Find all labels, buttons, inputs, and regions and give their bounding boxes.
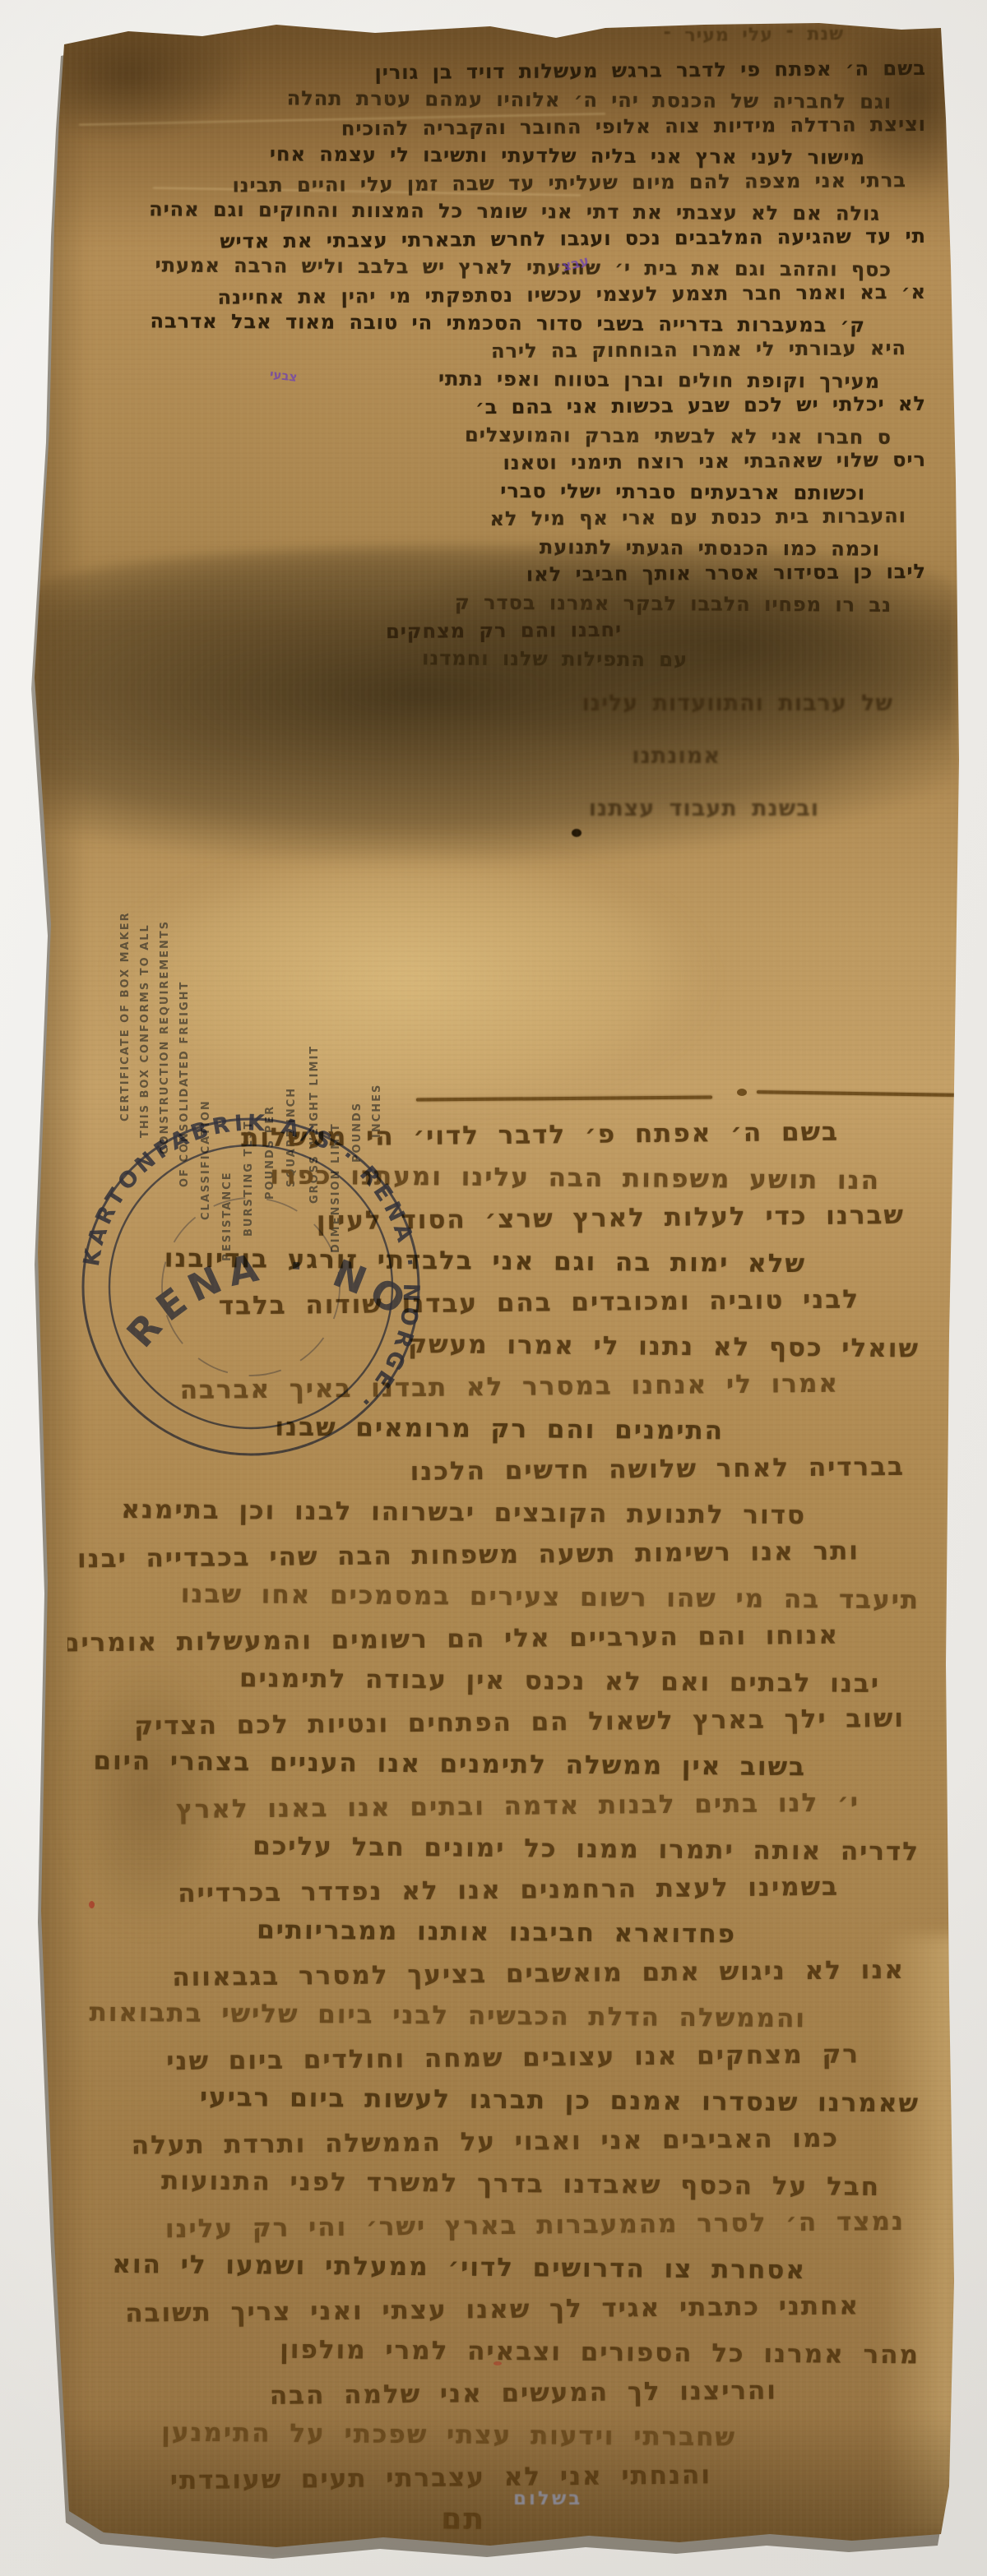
hand-drawn-rule-left — [416, 1095, 712, 1101]
stamp-brand-text: RENA · NO — [118, 1243, 419, 1356]
ghost-line: של ערבות והתוועדות עלינו — [87, 678, 893, 730]
manuscript-line: עם התפילות שלנו וחמדנו — [75, 642, 926, 675]
faded-top-line: שנת ־ עלי מעיר ־ — [383, 24, 844, 49]
ghost-line: ובשנת תעבוד עצתנו — [87, 783, 893, 835]
kartonfabrik-rubber-stamp: KARTONFABRIK A/S · RENA · NORGE · RENA ·… — [58, 1094, 444, 1480]
ink-blob-on-rule — [737, 1089, 747, 1096]
manuscript-paper: CERTIFICATE OF BOX MAKERTHIS BOX CONFORM… — [30, 20, 959, 2555]
upper-text-block: בשם ה׳ אפתח פי לדבר ברגש מעשלות דויד בן … — [75, 58, 926, 673]
stain-pale-patch — [120, 826, 762, 1105]
red-ink-mark — [493, 2361, 502, 2366]
hand-drawn-rule-right — [757, 1090, 959, 1097]
ink-blot — [572, 829, 582, 837]
red-ink-dot — [89, 1901, 95, 1908]
ghost-line: אמונתנו — [87, 730, 893, 783]
pencil-note: בשלום — [513, 2488, 582, 2509]
smudged-ghost-text: של ערבות והתוועדות עלינואמונתנוובשנת תעב… — [87, 678, 893, 835]
scanned-manuscript-page: { "page": { "background_color": "#efede9… — [0, 0, 987, 2576]
certificate-text-column: CERTIFICATE OF BOX MAKER — [119, 911, 132, 1122]
